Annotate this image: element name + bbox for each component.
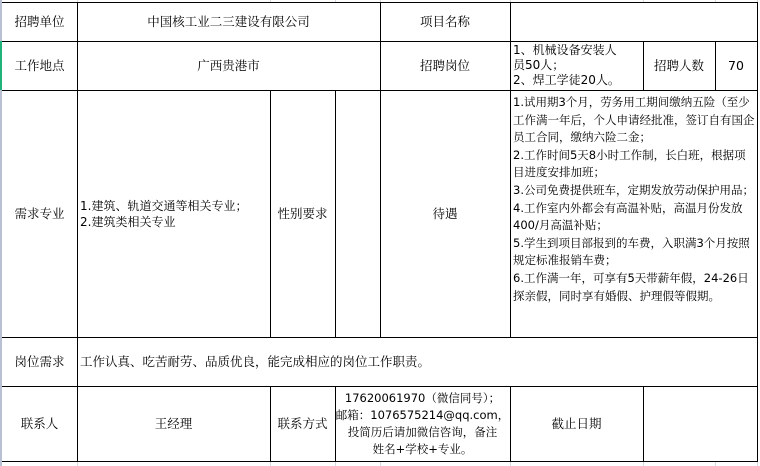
table-border	[77, 2, 78, 462]
table-border	[2, 386, 758, 387]
project-label-cell[interactable]: 项目名称	[380, 2, 510, 41]
method-label-cell[interactable]: 联系方式	[270, 386, 335, 461]
table-border	[380, 90, 381, 338]
gender-label: 性别要求	[277, 205, 327, 223]
requirement-value-cell[interactable]: 工作认真、吃苦耐劳、品质优良，能完成相应的岗位工作职责。	[77, 337, 757, 386]
method-value-cell[interactable]: 17620061970（微信同号）； 邮箱：1076575214@qq.com，…	[335, 386, 510, 461]
contact-value-cell[interactable]: 王经理	[77, 386, 270, 461]
unit-value: 中国核工业二三建设有限公司	[147, 13, 310, 31]
location-label: 工作地点	[14, 57, 64, 75]
table-border	[510, 2, 511, 91]
project-label: 项目名称	[420, 13, 470, 31]
table-border	[2, 461, 758, 462]
contact-value: 王经理	[155, 415, 193, 433]
deadline-label-cell[interactable]: 截止日期	[510, 386, 643, 461]
requirement-value: 工作认真、吃苦耐劳、品质优良，能完成相应的岗位工作职责。	[80, 353, 430, 371]
project-value-cell[interactable]	[510, 2, 757, 41]
table-border	[643, 386, 644, 462]
unit-label-cell[interactable]: 招聘单位	[2, 2, 77, 41]
benefits-value-cell[interactable]: 1.试用期3个月，劳务用工期间缴纳五险（至少工作满一年后，个人申请经批准，签订自…	[510, 90, 757, 337]
deadline-label: 截止日期	[551, 415, 601, 433]
contact-label-cell[interactable]: 联系人	[2, 386, 77, 461]
contact-label: 联系人	[21, 415, 59, 433]
gender-value-cell[interactable]	[335, 90, 380, 337]
major-value: 1.建筑、轨道交通等相关专业； 2.建筑类相关专业	[80, 198, 247, 230]
headcount-value: 70	[728, 57, 744, 75]
table-border	[335, 386, 336, 462]
position-value-cell[interactable]: 1、机械设备安装人 员50人； 2、焊工学徒20人。	[510, 41, 643, 90]
unit-label: 招聘单位	[14, 13, 64, 31]
method-value: 17620061970（微信同号）； 邮箱：1076575214@qq.com，…	[336, 390, 509, 458]
position-label-cell[interactable]: 招聘岗位	[380, 41, 510, 90]
requirement-label: 岗位需求	[14, 353, 64, 371]
requirement-label-cell[interactable]: 岗位需求	[2, 337, 77, 386]
table-border	[510, 90, 511, 338]
headcount-label: 招聘人数	[654, 57, 704, 75]
table-border	[380, 2, 381, 91]
table-border	[715, 41, 716, 91]
location-label-cell[interactable]: 工作地点	[2, 41, 77, 90]
gender-label-cell[interactable]: 性别要求	[270, 90, 335, 337]
deadline-value-cell[interactable]	[643, 386, 757, 461]
benefits-label-cell[interactable]: 待遇	[380, 90, 510, 337]
headcount-label-cell[interactable]: 招聘人数	[643, 41, 715, 90]
benefits-label: 待遇	[432, 205, 457, 223]
major-label-cell[interactable]: 需求专业	[2, 90, 77, 337]
table-border	[270, 386, 271, 462]
location-value-cell[interactable]: 广西贵港市	[77, 41, 380, 90]
headcount-value-cell[interactable]: 70	[715, 41, 757, 90]
table-border	[510, 386, 511, 462]
table-border	[643, 41, 644, 91]
position-value: 1、机械设备安装人 员50人； 2、焊工学徒20人。	[513, 43, 620, 88]
major-label: 需求专业	[14, 205, 64, 223]
unit-value-cell[interactable]: 中国核工业二三建设有限公司	[77, 2, 380, 41]
location-value: 广西贵港市	[197, 57, 260, 75]
major-value-cell[interactable]: 1.建筑、轨道交通等相关专业； 2.建筑类相关专业	[77, 90, 270, 337]
benefits-value: 1.试用期3个月，劳务用工期间缴纳五险（至少工作满一年后，个人申请经批准，签订自…	[513, 94, 755, 305]
table-border	[757, 2, 758, 462]
method-label: 联系方式	[277, 415, 327, 433]
table-border	[335, 90, 336, 338]
table-border	[270, 90, 271, 338]
position-label: 招聘岗位	[420, 57, 470, 75]
